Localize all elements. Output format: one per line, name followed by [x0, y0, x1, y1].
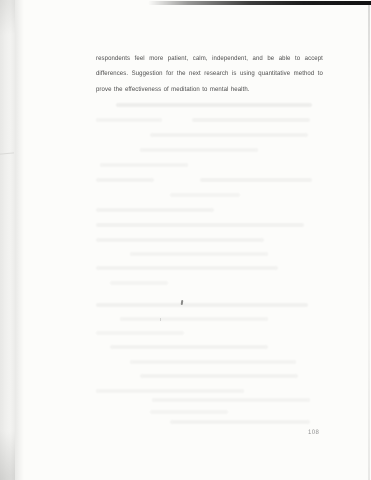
bleedthrough-line — [96, 238, 264, 242]
bleedthrough-line — [96, 303, 308, 307]
bleedthrough-line — [200, 178, 312, 182]
bleedthrough-line — [96, 118, 162, 122]
bleedthrough-line — [110, 345, 268, 349]
bleedthrough-line — [150, 133, 308, 137]
bleedthrough-line — [96, 223, 304, 227]
bleedthrough-line — [140, 374, 298, 378]
scanner-backing-strip — [0, 0, 15, 480]
bleedthrough-line — [116, 103, 312, 107]
paragraph-line: provetheeffectivenessofmeditationtomenta… — [96, 82, 323, 98]
bleedthrough-line — [96, 208, 214, 212]
bleedthrough-line — [100, 163, 188, 167]
bleedthrough-line — [110, 281, 168, 285]
bleedthrough-line — [140, 148, 258, 152]
scan-edge-shadow-top — [148, 1, 371, 5]
bleedthrough-line — [96, 178, 154, 182]
bleedthrough-line — [170, 420, 310, 424]
bleedthrough-line — [96, 266, 278, 270]
page-number: 108 — [308, 430, 319, 436]
bleedthrough-line — [96, 331, 184, 335]
bleedthrough-line — [152, 398, 310, 402]
bleedthrough-line — [192, 118, 310, 122]
ink-speck — [181, 300, 184, 305]
bleedthrough-line — [130, 360, 296, 364]
bleedthrough-line — [120, 317, 268, 321]
paragraph-line: differences.Suggestionforthenextresearch… — [96, 67, 323, 83]
page-lift-shadow — [15, 0, 24, 480]
bleedthrough-line — [170, 193, 240, 197]
scanned-document-page: respondentsfeelmorepatient,calm,independ… — [0, 0, 371, 480]
body-paragraph: respondentsfeelmorepatient,calm,independ… — [96, 51, 323, 98]
page-edge-right — [368, 5, 370, 480]
bleedthrough-line — [130, 252, 268, 256]
bleedthrough-line — [150, 410, 228, 414]
ink-speck-small — [160, 318, 161, 321]
paragraph-line: respondentsfeelmorepatient,calm,independ… — [96, 51, 323, 67]
bleedthrough-line — [96, 389, 244, 393]
